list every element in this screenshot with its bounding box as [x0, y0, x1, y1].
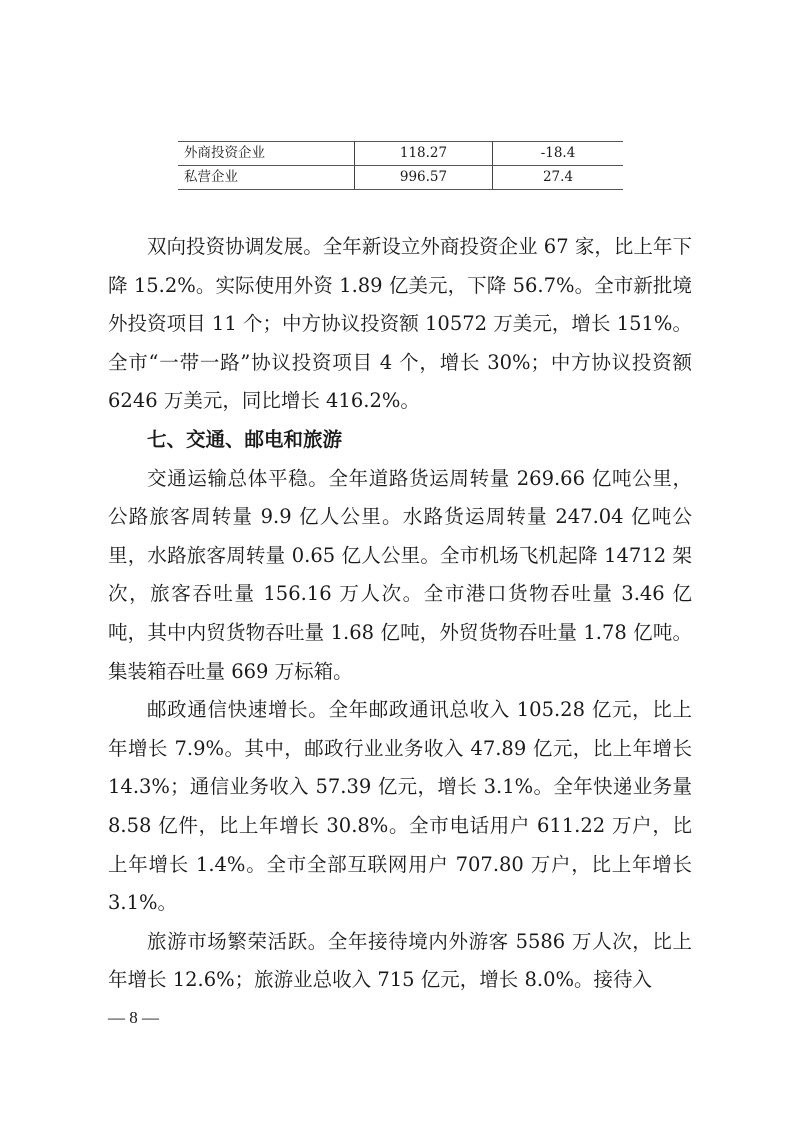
page-number: — 8 — [108, 1008, 159, 1028]
paragraph-text: 全年道路货运周转量 269.66 亿吨公里，公路旅客周转量 9.9 亿人公里。水… [108, 467, 692, 683]
paragraph-text: 全年邮政通讯总收入 105.28 亿元，比上年增长 7.9%。其中，邮政行业业务… [108, 698, 692, 914]
row-label: 外商投资企业 [178, 142, 355, 166]
paragraph-text: 全年新设立外商投资企业 67 家，比上年下降 15.2%。实际使用外资 1.89… [108, 235, 692, 412]
row-value: 996.57 [355, 166, 493, 190]
table-row: 外商投资企业 118.27 -18.4 [178, 142, 623, 166]
paragraph-transport: 交通运输总体平稳。全年道路货运周转量 269.66 亿吨公里，公路旅客周转量 9… [108, 460, 692, 692]
row-growth: -18.4 [493, 142, 624, 166]
paragraph-tourism: 旅游市场繁荣活跃。全年接待境内外游客 5586 万人次，比上年增长 12.6%；… [108, 923, 692, 1000]
paragraph-lead: 旅游市场繁荣活跃。 [147, 930, 328, 953]
paragraph-postal-telecom: 邮政通信快速增长。全年邮政通讯总收入 105.28 亿元，比上年增长 7.9%。… [108, 691, 692, 923]
section-heading: 七、交通、邮电和旅游 [108, 421, 692, 460]
paragraph-lead: 双向投资协调发展。 [147, 235, 323, 258]
paragraph-investment: 双向投资协调发展。全年新设立外商投资企业 67 家，比上年下降 15.2%。实际… [108, 228, 692, 421]
table-row: 私营企业 996.57 27.4 [178, 166, 623, 190]
paragraph-lead: 邮政通信快速增长。 [147, 698, 328, 721]
data-table: 外商投资企业 118.27 -18.4 私营企业 996.57 27.4 [178, 141, 623, 190]
document-body: 双向投资协调发展。全年新设立外商投资企业 67 家，比上年下降 15.2%。实际… [108, 228, 692, 1000]
row-value: 118.27 [355, 142, 493, 166]
row-growth: 27.4 [493, 166, 624, 190]
row-label: 私营企业 [178, 166, 355, 190]
investment-table-fragment: 外商投资企业 118.27 -18.4 私营企业 996.57 27.4 [178, 141, 623, 190]
paragraph-lead: 交通运输总体平稳。 [147, 467, 328, 490]
